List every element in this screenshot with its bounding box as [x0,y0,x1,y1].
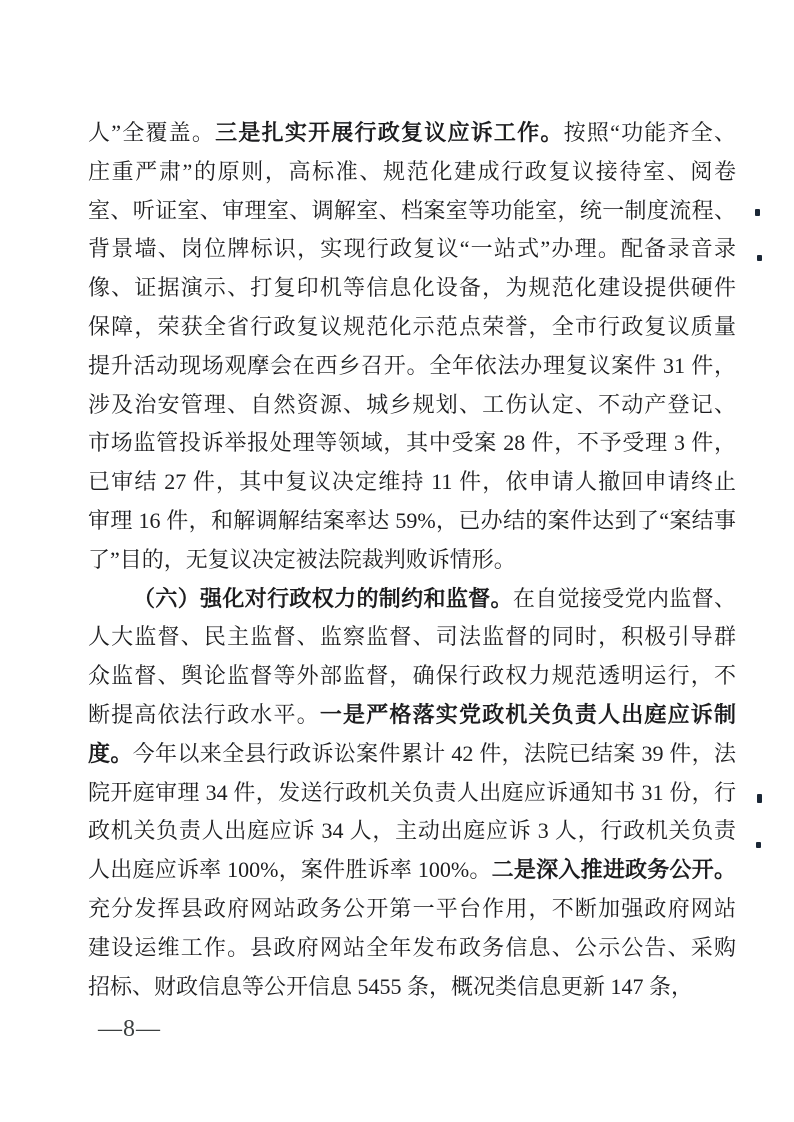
scan-speck [757,255,762,261]
text-line: 院开庭审理 34 件，发送行政机关负责人出庭应诉通知书 31 份，行 [88,774,736,813]
text-run: 今年以来全县行政诉讼案件累计 42 件，法院已结案 39 件，法 [133,741,736,766]
bold-text-run: （六）强化对行政权力的制约和监督。 [133,586,513,611]
text-line: 像、证据演示、打复印机等信息化设备，为规范化建设提供硬件 [88,269,736,308]
scan-speck [756,842,761,848]
text-run: 像、证据演示、打复印机等信息化设备，为规范化建设提供硬件 [88,275,736,300]
text-run: 涉及治安管理、自然资源、城乡规划、工伤认定、不动产登记、 [88,392,736,417]
text-run: 在自觉接受党内监督、 [513,586,736,611]
text-line: 人出庭应诉率 100%，案件胜诉率 100%。二是深入推进政务公开。 [88,851,736,890]
text-line: （六）强化对行政权力的制约和监督。在自觉接受党内监督、 [88,580,736,619]
text-line: 庄重严肃”的原则，高标准、规范化建成行政复议接待室、阅卷 [88,153,736,192]
scanned-document-page: 人”全覆盖。三是扎实开展行政复议应诉工作。按照“功能齐全、庄重严肃”的原则，高标… [0,0,794,1122]
text-line: 人”全覆盖。三是扎实开展行政复议应诉工作。按照“功能齐全、 [88,114,736,153]
text-line: 众监督、舆论监督等外部监督，确保行政权力规范透明运行，不 [88,657,736,696]
text-line: 室、听证室、审理室、调解室、档案室等功能室，统一制度流程、 [88,192,736,231]
scan-speck [755,209,760,216]
page-number: —8— [98,1014,161,1044]
text-run: 按照“功能齐全、 [564,120,736,145]
bold-text-run: 三是扎实开展行政复议应诉工作。 [215,120,563,145]
text-line: 已审结 27 件，其中复议决定维持 11 件，依申请人撤回申请终止 [88,463,736,502]
text-line: 提升活动现场观摩会在西乡召开。全年依法办理复议案件 31 件， [88,347,736,386]
text-line: 背景墙、岗位牌标识，实现行政复议“一站式”办理。配备录音录 [88,230,736,269]
document-body: 人”全覆盖。三是扎实开展行政复议应诉工作。按照“功能齐全、庄重严肃”的原则，高标… [88,114,736,1006]
text-run: 庄重严肃”的原则，高标准、规范化建成行政复议接待室、阅卷 [88,159,736,184]
text-run: 保障，荣获全省行政复议规范化示范点荣誉，全市行政复议质量 [88,314,736,339]
text-run: 人出庭应诉率 100%，案件胜诉率 100%。 [88,857,492,882]
text-line: 市场监管投诉举报处理等领域，其中受案 28 件，不予受理 3 件， [88,424,736,463]
text-run: 众监督、舆论监督等外部监督，确保行政权力规范透明运行，不 [88,663,736,688]
text-run: 政机关负责人出庭应诉 34 人，主动出庭应诉 3 人，行政机关负责 [88,818,736,843]
text-run: 断提高依法行政水平。 [88,702,320,727]
text-line: 了”目的，无复议决定被法院裁判败诉情形。 [88,541,736,580]
text-run: 背景墙、岗位牌标识，实现行政复议“一站式”办理。配备录音录 [88,236,736,261]
text-line: 涉及治安管理、自然资源、城乡规划、工伤认定、不动产登记、 [88,386,736,425]
text-line: 保障，荣获全省行政复议规范化示范点荣誉，全市行政复议质量 [88,308,736,347]
text-line: 招标、财政信息等公开信息 5455 条，概况类信息更新 147 条， [88,968,736,1007]
text-line: 断提高依法行政水平。一是严格落实党政机关负责人出庭应诉制 [88,696,736,735]
text-line: 度。今年以来全县行政诉讼案件累计 42 件，法院已结案 39 件，法 [88,735,736,774]
text-run: 已审结 27 件，其中复议决定维持 11 件，依申请人撤回申请终止 [88,469,736,494]
bold-text-run: 一是严格落实党政机关负责人出庭应诉制 [320,702,736,727]
text-run: 人大监督、民主监督、监察监督、司法监督的同时，积极引导群 [88,624,736,649]
text-run: 提升活动现场观摩会在西乡召开。全年依法办理复议案件 31 件， [88,353,736,378]
text-run: 人”全覆盖。 [88,120,215,145]
text-line: 建设运维工作。县政府网站全年发布政务信息、公示公告、采购 [88,929,736,968]
scan-speck [757,794,762,803]
text-run: 充分发挥县政府网站政务公开第一平台作用，不断加强政府网站 [88,896,736,921]
text-line: 审理 16 件，和解调解结案率达 59%，已办结的案件达到了“案结事 [88,502,736,541]
text-line: 人大监督、民主监督、监察监督、司法监督的同时，积极引导群 [88,618,736,657]
text-line: 政机关负责人出庭应诉 34 人，主动出庭应诉 3 人，行政机关负责 [88,812,736,851]
bold-text-run: 二是深入推进政务公开。 [492,857,736,882]
text-run: 建设运维工作。县政府网站全年发布政务信息、公示公告、采购 [88,935,736,960]
text-run: 招标、财政信息等公开信息 5455 条，概况类信息更新 147 条， [88,974,693,999]
bold-text-run: 度。 [88,741,133,766]
text-run: 院开庭审理 34 件，发送行政机关负责人出庭应诉通知书 31 份，行 [88,780,736,805]
text-run: 审理 16 件，和解调解结案率达 59%，已办结的案件达到了“案结事 [88,508,736,533]
text-line: 充分发挥县政府网站政务公开第一平台作用，不断加强政府网站 [88,890,736,929]
text-run: 室、听证室、审理室、调解室、档案室等功能室，统一制度流程、 [88,198,736,223]
text-run: 了”目的，无复议决定被法院裁判败诉情形。 [88,547,516,572]
text-run: 市场监管投诉举报处理等领域，其中受案 28 件，不予受理 3 件， [88,430,736,455]
